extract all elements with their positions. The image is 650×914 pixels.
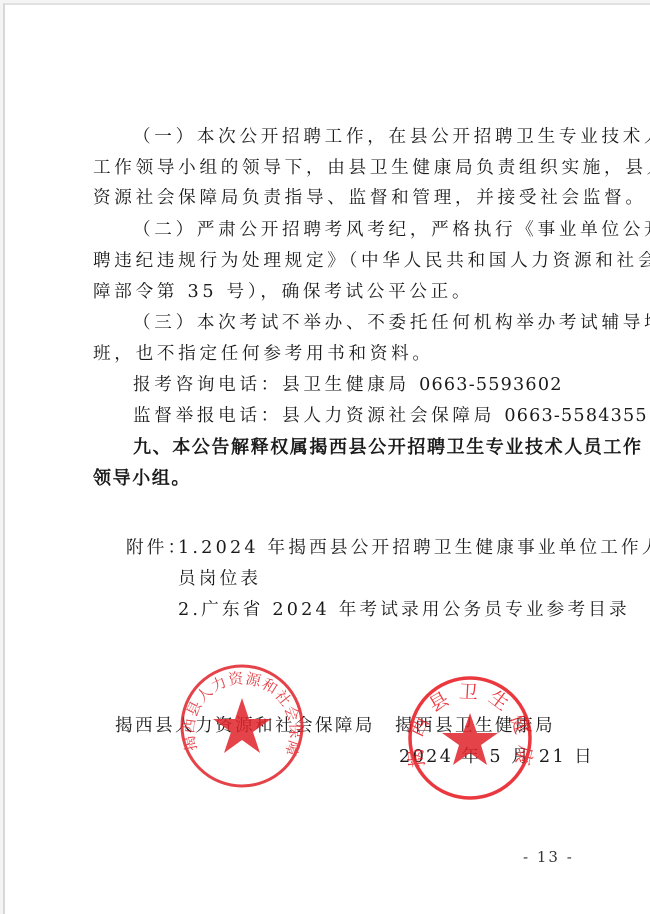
document-page: （一）本次公开招聘工作，在县公开招聘卫生专业技术人员 工作领导小组的领导下，由县… [3,3,650,914]
contact-consult-phone: 0663-5593602 [419,375,562,395]
contact-consult-org: 县卫生健康局 [282,375,410,395]
paragraph-2-line-1: （二）严肃公开招聘考风考纪，严格执行《事业单位公开招 [133,219,613,241]
health-bureau-seal-icon: 揭西县卫生健康局 [405,673,535,803]
paragraph-3-line-1: （三）本次考试不举办、不委托任何机构举办考试辅导培训 [133,312,613,334]
contact-report-phone: 0663-5584355 [504,406,647,426]
section-nine-line-2: 领导小组。 [93,468,573,490]
page-number: - 13 - [523,848,574,866]
attachment-1-line-1: 1.2024 年揭西县公开招聘卫生健康事业单位工作人 [178,537,650,559]
contact-report: 监督举报电话：县人力资源社会保障局 0663-5584355 [133,405,613,427]
paragraph-2-line-2: 聘违纪违规行为处理规定》（中华人民共和国人力资源和社会保 [93,250,573,272]
paragraph-1-line-3: 资源社会保障局负责指导、监督和管理，并接受社会监督。 [93,187,573,209]
attachment-2-line-1: 2.广东省 2024 年考试录用公务员专业参考目录 [178,599,630,621]
section-nine-line-1: 九、本公告解释权属揭西县公开招聘卫生专业技术人员工作 [133,437,613,459]
hr-seal-text: 揭西县人力资源和社会保障局 [177,661,304,759]
contact-consult-label: 报考咨询电话： [133,375,282,395]
paragraph-2-line-3: 障部令第 35 号），确保考试公平公正。 [93,281,573,303]
signature-health-bureau: 揭西县卫生健康局 [395,715,555,737]
contact-consult: 报考咨询电话：县卫生健康局 0663-5593602 [133,374,613,396]
signature-date: 2024 年 5 月 21 日 [399,746,594,768]
contact-report-label: 监督举报电话： [133,406,282,426]
paragraph-1-line-1: （一）本次公开招聘工作，在县公开招聘卫生专业技术人员 [133,126,613,148]
contact-report-org: 县人力资源社会保障局 [282,406,495,426]
svg-text:揭西县人力资源和社会保障局: 揭西县人力资源和社会保障局 [177,661,304,759]
paragraph-1-line-2: 工作领导小组的领导下，由县卫生健康局负责组织实施，县人力 [93,157,573,179]
paragraph-3-line-2: 班，也不指定任何参考用书和资料。 [93,343,573,365]
attachment-1-line-2: 员岗位表 [178,568,261,590]
signature-hr-bureau: 揭西县人力资源和社会保障局 [115,715,375,737]
